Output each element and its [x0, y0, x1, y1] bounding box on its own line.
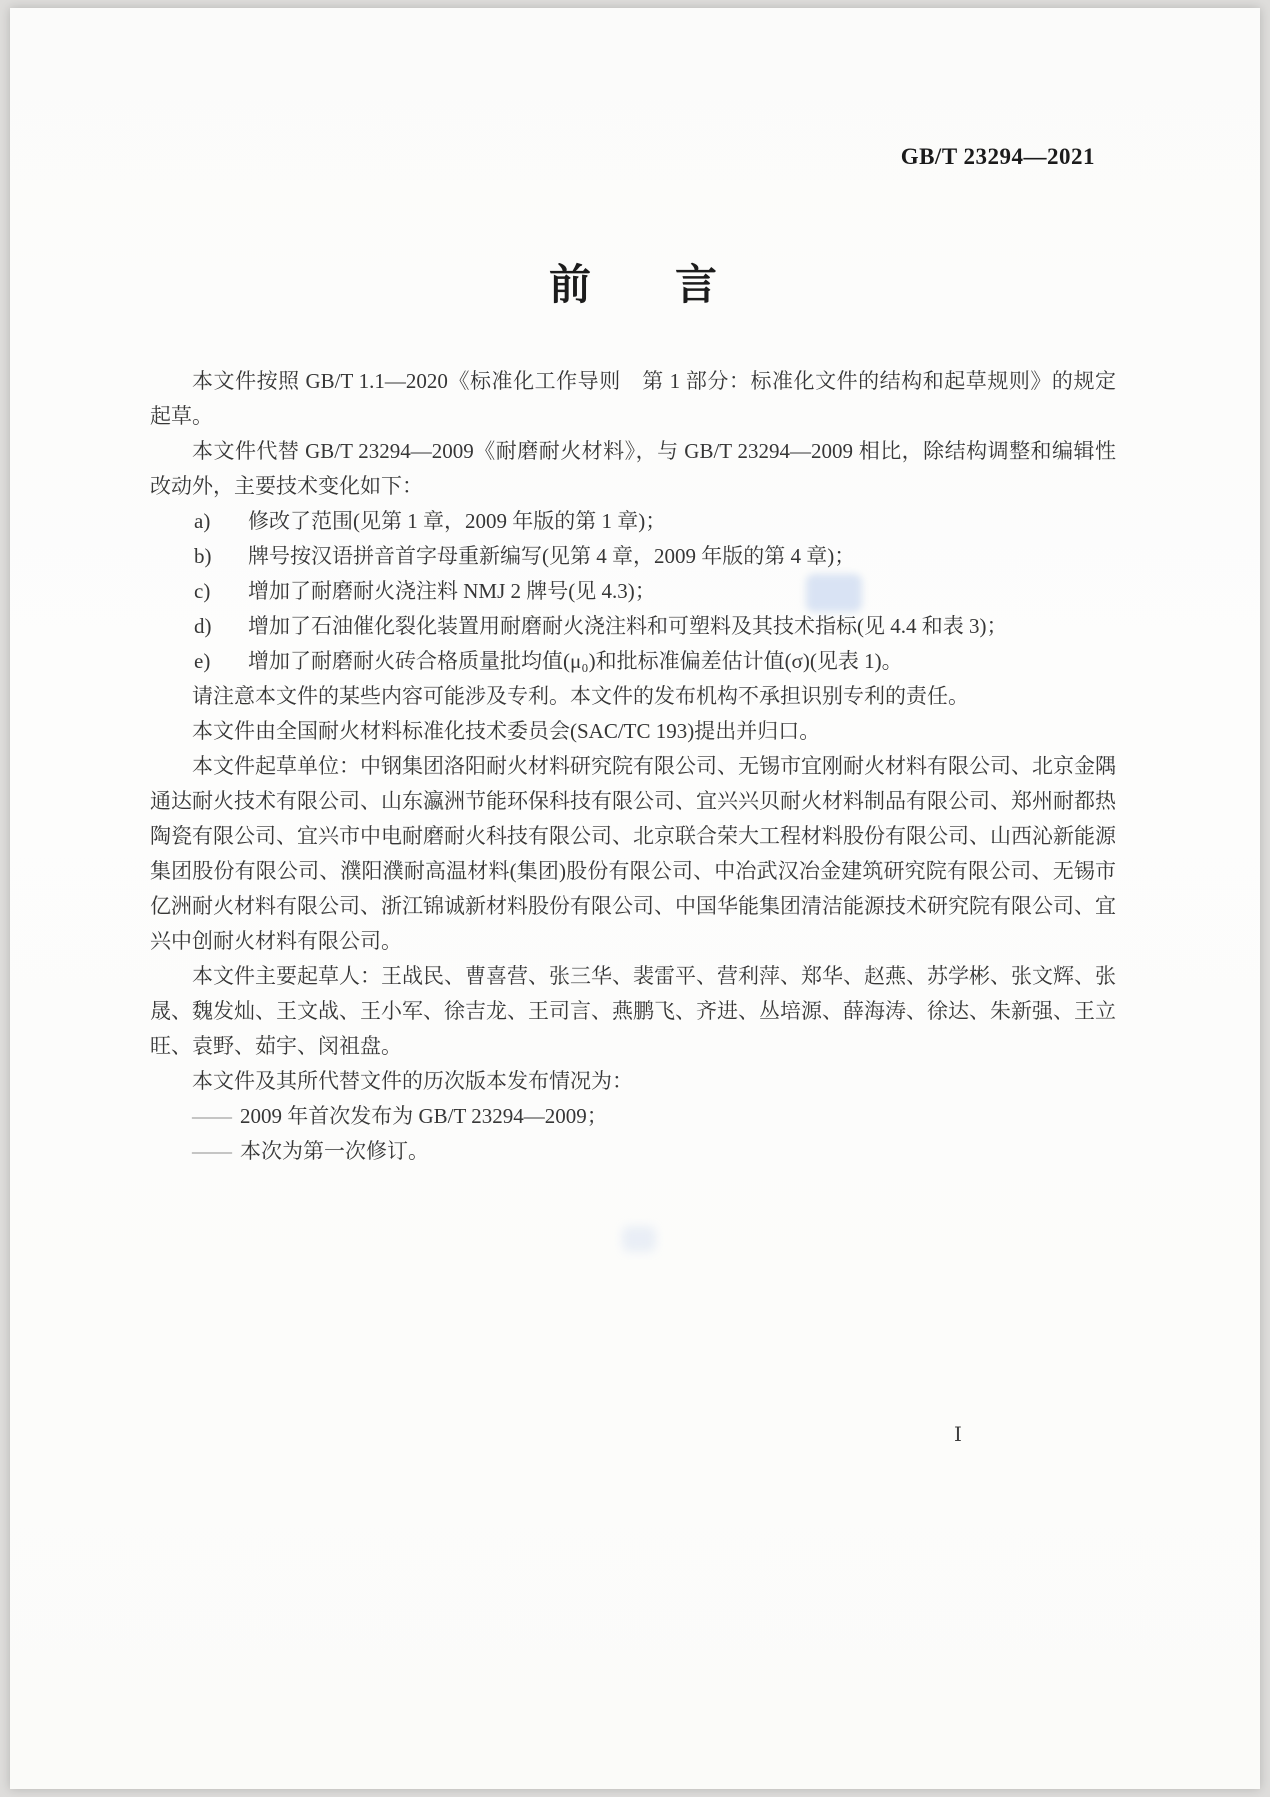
document-page: GB/T 23294—2021 前 言 本文件按照 GB/T 1.1—2020《…: [10, 8, 1260, 1789]
list-item-text: 牌号按汉语拼音首字母重新编写(见第 4 章，2009 年版的第 4 章)；: [248, 544, 855, 568]
technical-changes-list: a) 修改了范围(见第 1 章，2009 年版的第 1 章)； b) 牌号按汉语…: [150, 504, 1116, 679]
history-entry: ——本次为第一次修订。: [150, 1134, 1116, 1169]
list-item-label: a): [194, 504, 210, 539]
foreword-body: 本文件按照 GB/T 1.1—2020《标准化工作导则 第 1 部分：标准化文件…: [150, 364, 1116, 1169]
standard-number: GB/T 23294—2021: [901, 144, 1095, 170]
list-item-text: 增加了石油催化裂化装置用耐磨耐火浇注料和可塑料及其技术指标(见 4.4 和表 3…: [248, 614, 1007, 638]
em-dash: ——: [192, 1104, 230, 1128]
list-item-label: b): [194, 539, 212, 574]
list-item-text: 增加了耐磨耐火砖合格质量批均值(μ₀)和批标准偏差估计值(σ)(见表 1)。: [248, 649, 903, 673]
paragraph-patent-note: 请注意本文件的某些内容可能涉及专利。本文件的发布机构不承担识别专利的责任。: [150, 679, 1116, 714]
page-number: Ⅰ: [954, 1422, 962, 1447]
list-item-text: 修改了范围(见第 1 章，2009 年版的第 1 章)；: [248, 509, 666, 533]
paragraph-history-intro: 本文件及其所代替文件的历次版本发布情况为：: [150, 1064, 1116, 1099]
history-entry-text: 本次为第一次修订。: [240, 1139, 429, 1163]
paragraph-replacement-note: 本文件代替 GB/T 23294—2009《耐磨耐火材料》，与 GB/T 232…: [150, 434, 1116, 504]
list-item: d) 增加了石油催化裂化装置用耐磨耐火浇注料和可塑料及其技术指标(见 4.4 和…: [150, 609, 1116, 644]
paragraph-committee: 本文件由全国耐火材料标准化技术委员会(SAC/TC 193)提出并归口。: [150, 714, 1116, 749]
paragraph-drafters: 本文件主要起草人：王战民、曹喜营、张三华、裴雷平、营利萍、郑华、赵燕、苏学彬、张…: [150, 959, 1116, 1064]
list-item: e) 增加了耐磨耐火砖合格质量批均值(μ₀)和批标准偏差估计值(σ)(见表 1)…: [150, 644, 1116, 679]
paragraph-drafting-units: 本文件起草单位：中钢集团洛阳耐火材料研究院有限公司、无锡市宜刚耐火材料有限公司、…: [150, 749, 1116, 959]
list-item: b) 牌号按汉语拼音首字母重新编写(见第 4 章，2009 年版的第 4 章)；: [150, 539, 1116, 574]
em-dash: ——: [192, 1139, 230, 1163]
history-entry-text: 2009 年首次发布为 GB/T 23294—2009；: [240, 1104, 608, 1128]
history-entry: ——2009 年首次发布为 GB/T 23294—2009；: [150, 1099, 1116, 1134]
list-item: a) 修改了范围(见第 1 章，2009 年版的第 1 章)；: [150, 504, 1116, 539]
list-item-label: e): [194, 644, 210, 679]
list-item-label: d): [194, 609, 212, 644]
scan-artifact: [806, 574, 862, 612]
list-item-text: 增加了耐磨耐火浇注料 NMJ 2 牌号(见 4.3)；: [248, 579, 656, 603]
scan-artifact: [622, 1226, 656, 1252]
page-title: 前 言: [150, 252, 1116, 312]
list-item: c) 增加了耐磨耐火浇注料 NMJ 2 牌号(见 4.3)；: [150, 574, 1116, 609]
list-item-label: c): [194, 574, 210, 609]
paragraph-drafting-basis: 本文件按照 GB/T 1.1—2020《标准化工作导则 第 1 部分：标准化文件…: [150, 364, 1116, 434]
